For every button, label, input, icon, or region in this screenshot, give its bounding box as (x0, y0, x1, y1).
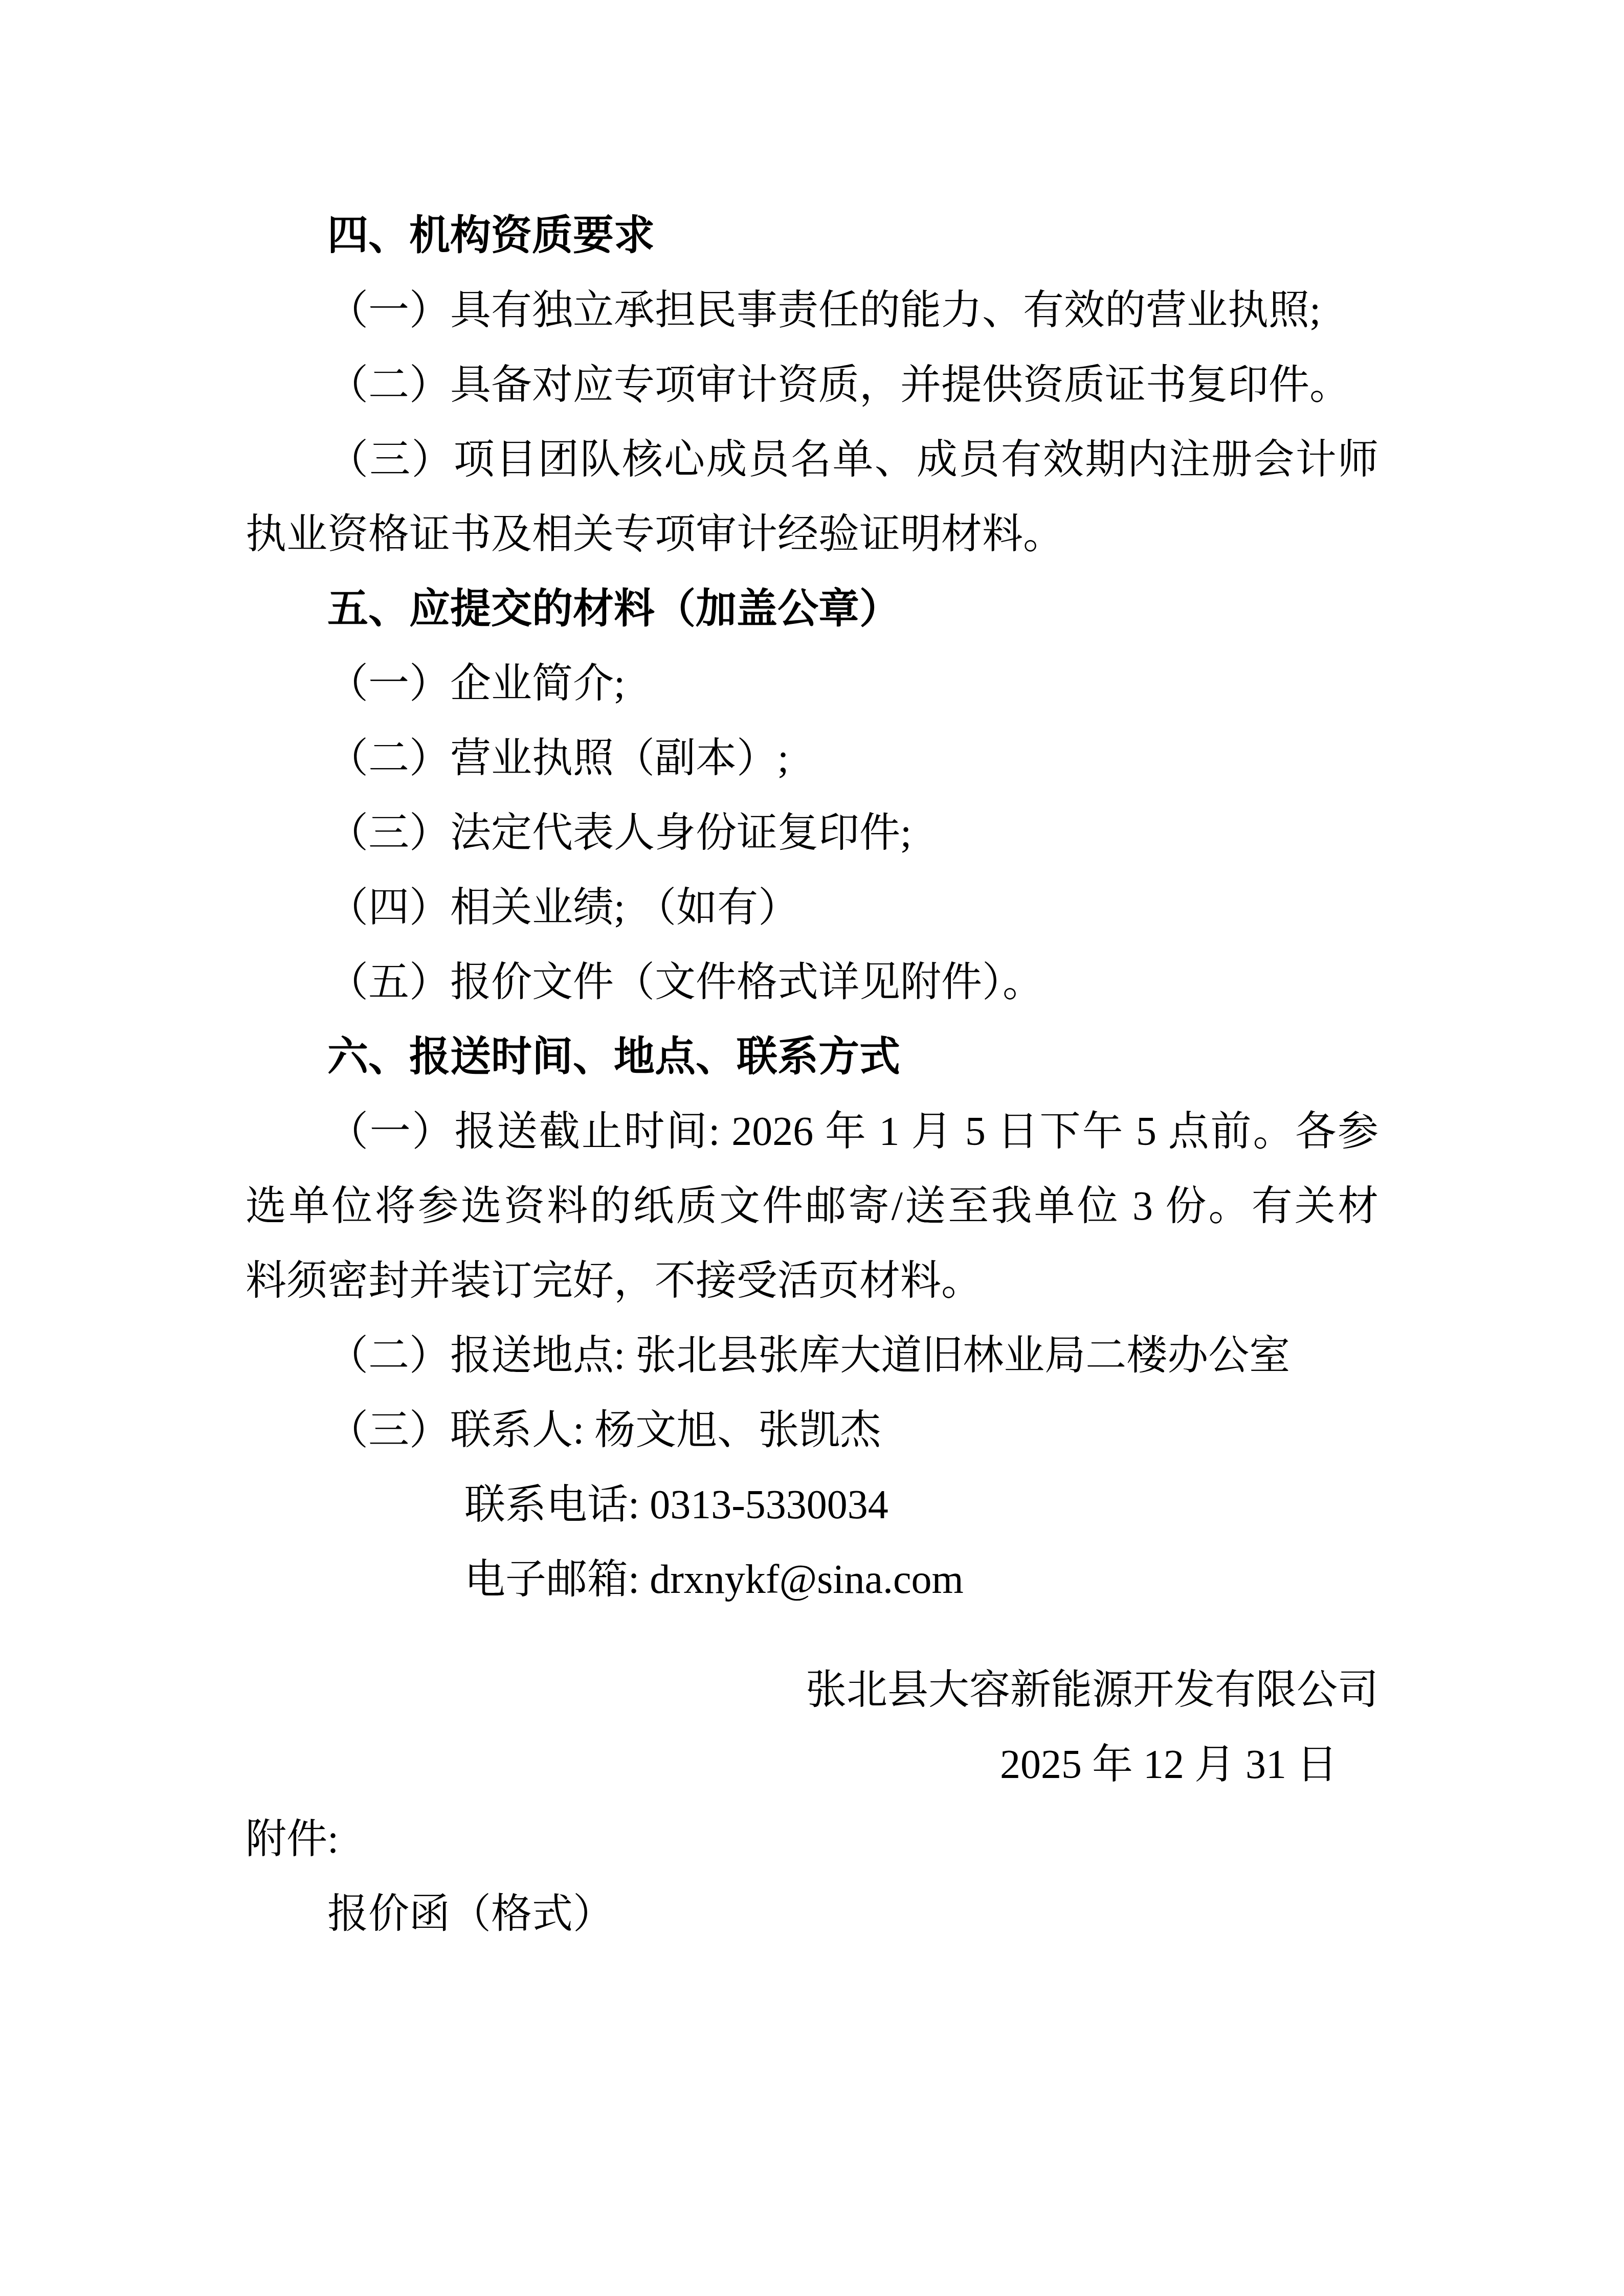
doc-line: （五）报价文件（文件格式详见附件）。 (246, 945, 1378, 1020)
doc-line: 五、应提交的材料（加盖公章） (246, 572, 1378, 646)
doc-line: （三）联系人: 杨文旭、张凯杰 (246, 1393, 1378, 1468)
doc-line: 六、报送时间、地点、联系方式 (246, 1020, 1378, 1094)
doc-line: 四、机构资质要求 (246, 198, 1378, 273)
doc-line: 电子邮箱: drxnykf@sina.com (246, 1542, 1378, 1617)
doc-line: 报价函（格式） (246, 1877, 1378, 1951)
doc-line: （三）法定代表人身份证复印件; (246, 796, 1378, 870)
doc-line: （一）企业简介; (246, 646, 1378, 721)
doc-line: 选单位将参选资料的纸质文件邮寄/送至我单位 3 份。有关材 (246, 1169, 1378, 1244)
doc-line: （一）报送截止时间: 2026 年 1 月 5 日下午 5 点前。各参 (246, 1094, 1378, 1169)
doc-line: 料须密封并装订完好，不接受活页材料。 (246, 1244, 1378, 1318)
doc-line: 执业资格证书及相关专项审计经验证明材料。 (246, 497, 1378, 572)
doc-line: 附件: (246, 1802, 1378, 1877)
doc-line: （二）营业执照（副本）; (246, 721, 1378, 796)
doc-line: （二）具备对应专项审计资质，并提供资质证书复印件。 (246, 348, 1378, 422)
doc-line: 张北县大容新能源开发有限公司 (246, 1653, 1378, 1727)
doc-line: （三）项目团队核心成员名单、成员有效期内注册会计师 (246, 422, 1378, 497)
doc-line: 2025 年 12 月 31 日 (246, 1727, 1378, 1802)
doc-line: （一）具有独立承担民事责任的能力、有效的营业执照; (246, 273, 1378, 348)
document-page: 四、机构资质要求（一）具有独立承担民事责任的能力、有效的营业执照;（二）具备对应… (0, 0, 1624, 2296)
doc-line: （四）相关业绩; （如有） (246, 870, 1378, 945)
document-body: 四、机构资质要求（一）具有独立承担民事责任的能力、有效的营业执照;（二）具备对应… (0, 0, 1624, 1951)
doc-line: 联系电话: 0313-5330034 (246, 1468, 1378, 1542)
doc-line: （二）报送地点: 张北县张库大道旧林业局二楼办公室 (246, 1318, 1378, 1393)
